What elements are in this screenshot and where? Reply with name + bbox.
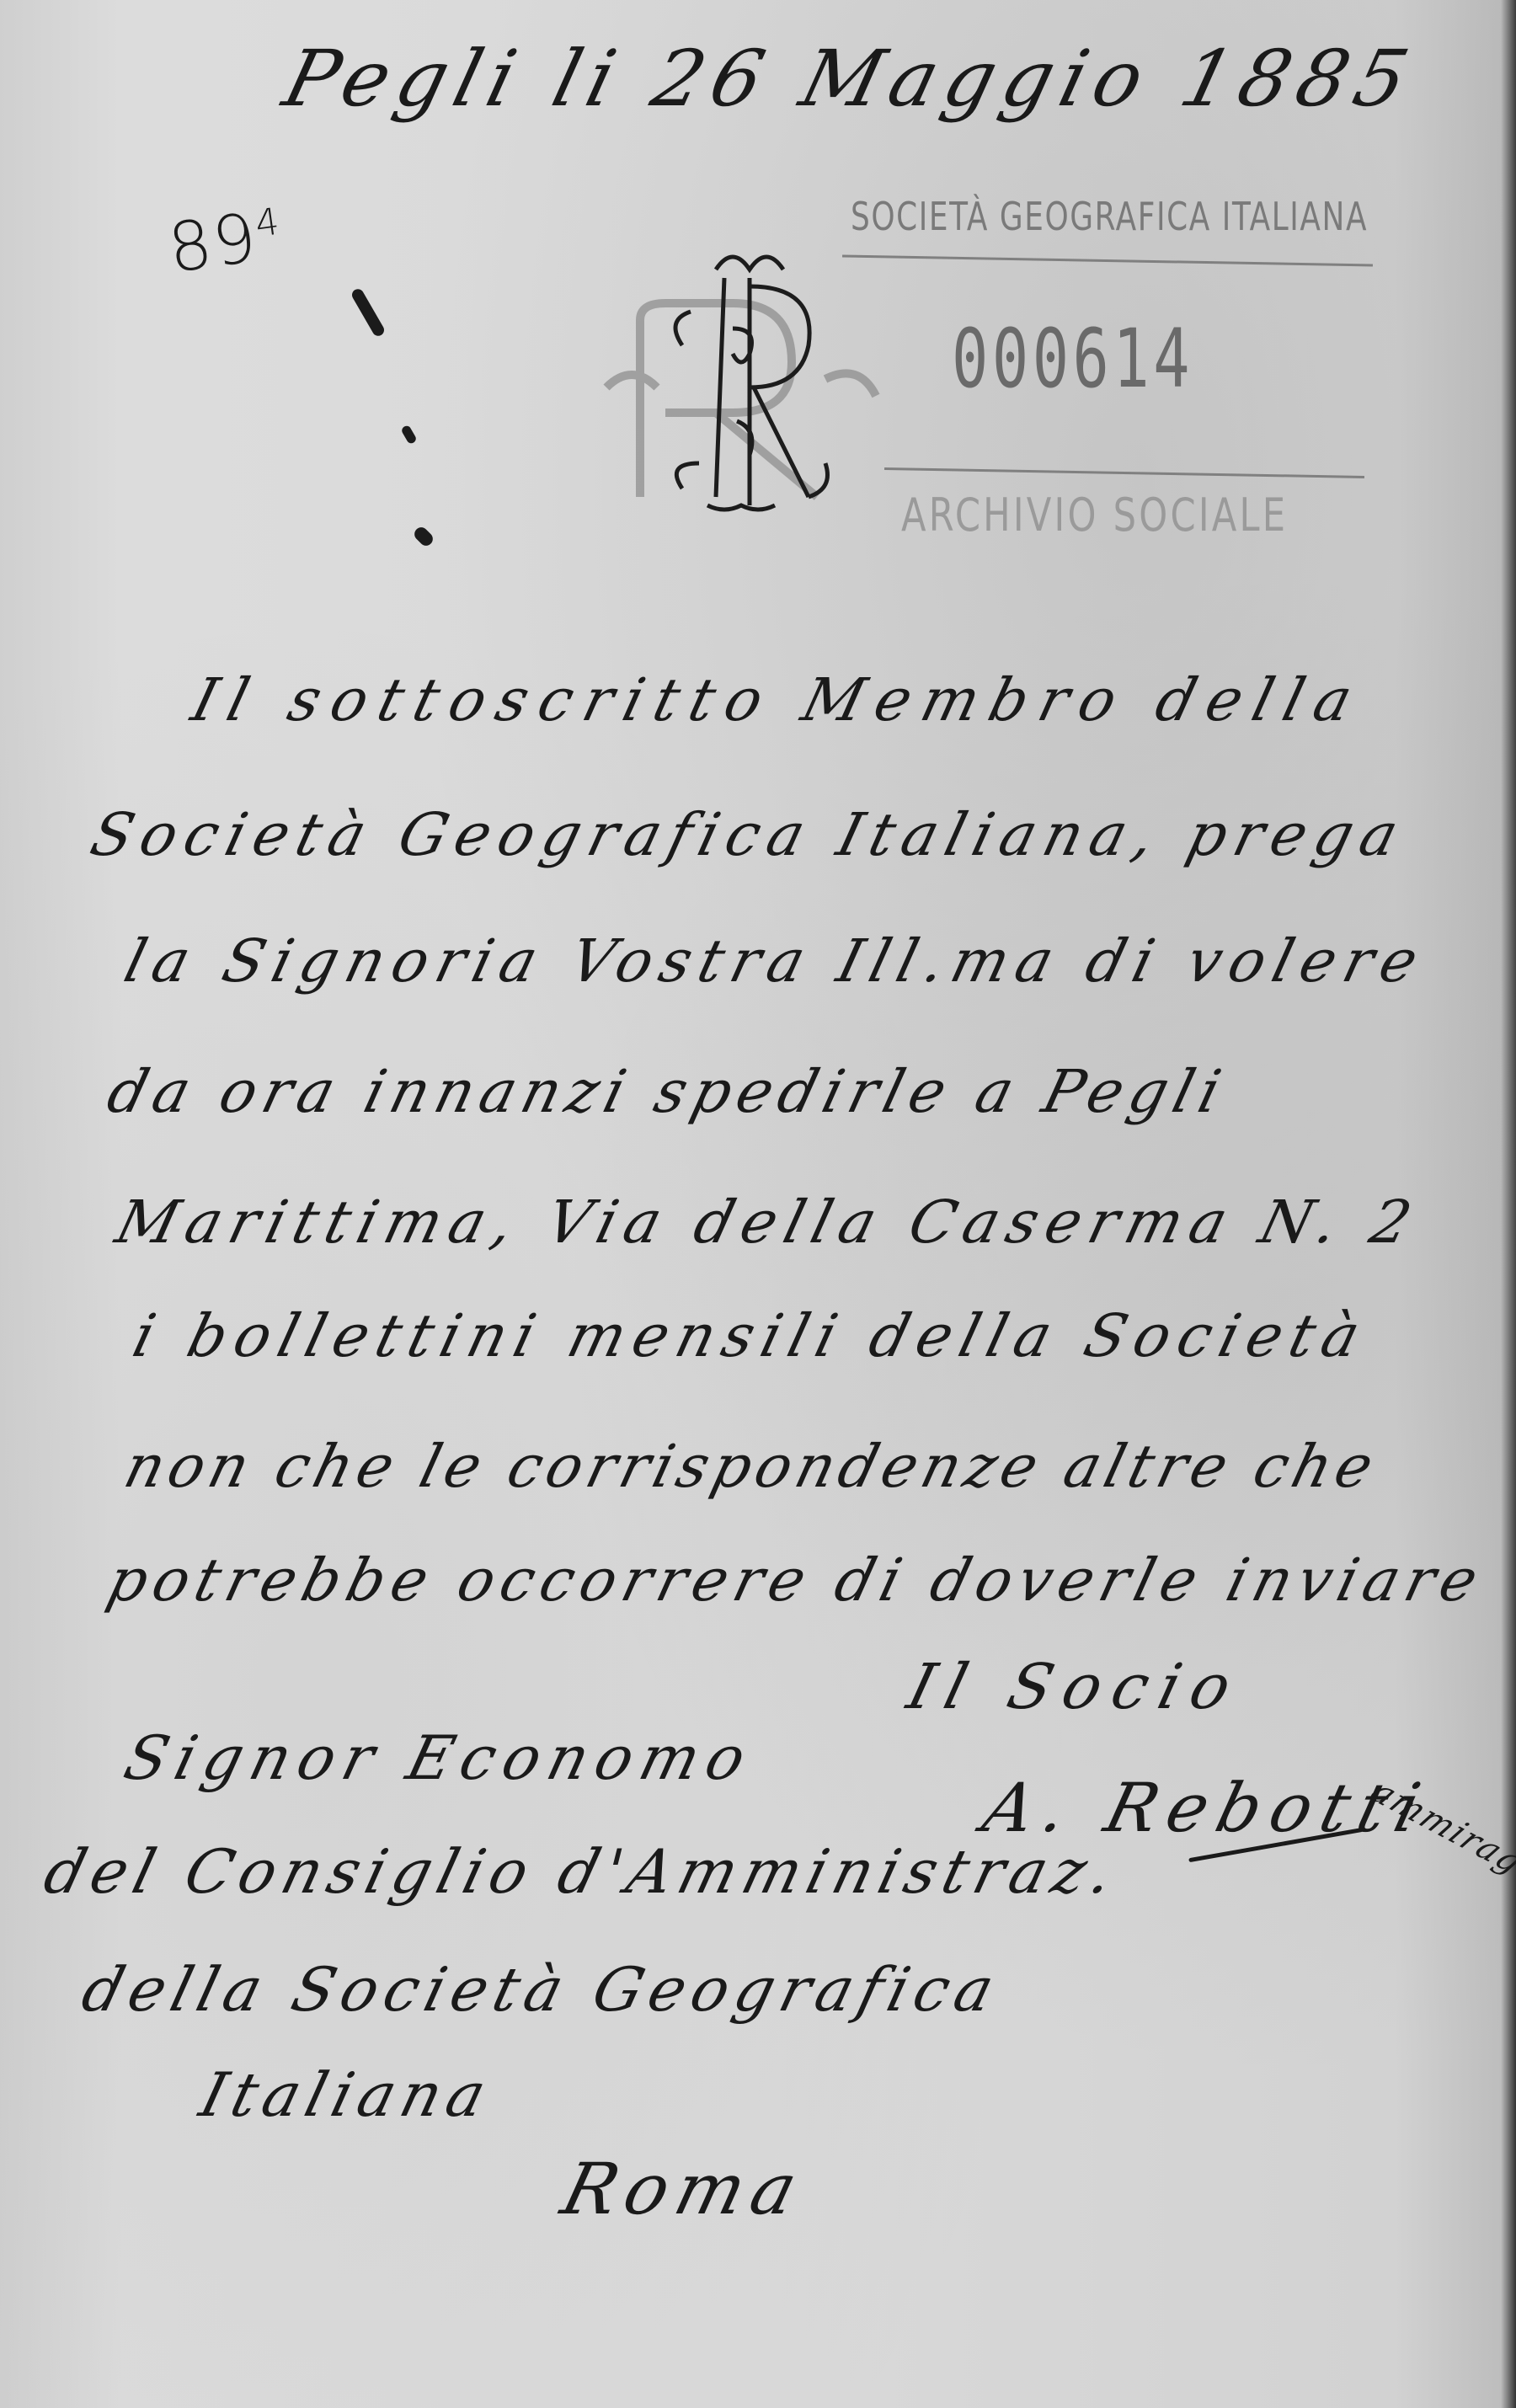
- addressee-city: Roma: [554, 2148, 814, 2230]
- body-line: non che le corrispondenze altre che: [118, 1432, 1385, 1501]
- margin-number-main: 89: [163, 198, 263, 288]
- letter-page: Pegli li 26 Maggio 1885 894 SOCIETÀ GEOG…: [0, 0, 1516, 2408]
- body-line: Società Geografica Italiana, prega: [84, 800, 1413, 869]
- margin-number-sup: 4: [253, 200, 284, 246]
- stamp-top-text: SOCIETÀ GEOGRAFICA ITALIANA: [851, 194, 1368, 239]
- body-line: i bollettini mensili della Società: [126, 1301, 1375, 1370]
- stamp-bottom-text: ARCHIVIO SOCIALE: [901, 489, 1288, 542]
- closing-label: Il Socio: [900, 1651, 1250, 1723]
- addressee-line: Signor Economo: [118, 1722, 761, 1793]
- addressee-line: della Società Geografica: [76, 1954, 1008, 2025]
- addressee-line: del Consiglio d'Amministraz.: [38, 1836, 1128, 1907]
- body-line: la Signoria Vostra Ill.ma di volere: [118, 926, 1433, 996]
- ink-mark: [400, 424, 418, 446]
- ink-mark: [350, 287, 386, 339]
- place-date: Pegli li 26 Maggio 1885: [275, 34, 1425, 124]
- stamp-number: 000614: [952, 312, 1193, 406]
- archive-stamp: SOCIETÀ GEOGRAFICA ITALIANA 000614 ARCHI…: [834, 168, 1390, 573]
- ink-mark: [412, 525, 435, 548]
- margin-number: 894: [163, 195, 287, 288]
- body-line: Il sottoscritto Membro della: [185, 665, 1371, 734]
- body-line: potrebbe occorrere di doverle inviare: [101, 1546, 1492, 1615]
- stamp-rule: [884, 467, 1364, 478]
- addressee-line: Italiana: [194, 2059, 500, 2130]
- body-line: Marittima, Via della Caserma N. 2: [109, 1188, 1427, 1257]
- body-line: da ora innanzi spedirle a Pegli: [101, 1057, 1235, 1126]
- stamp-rule: [842, 255, 1373, 267]
